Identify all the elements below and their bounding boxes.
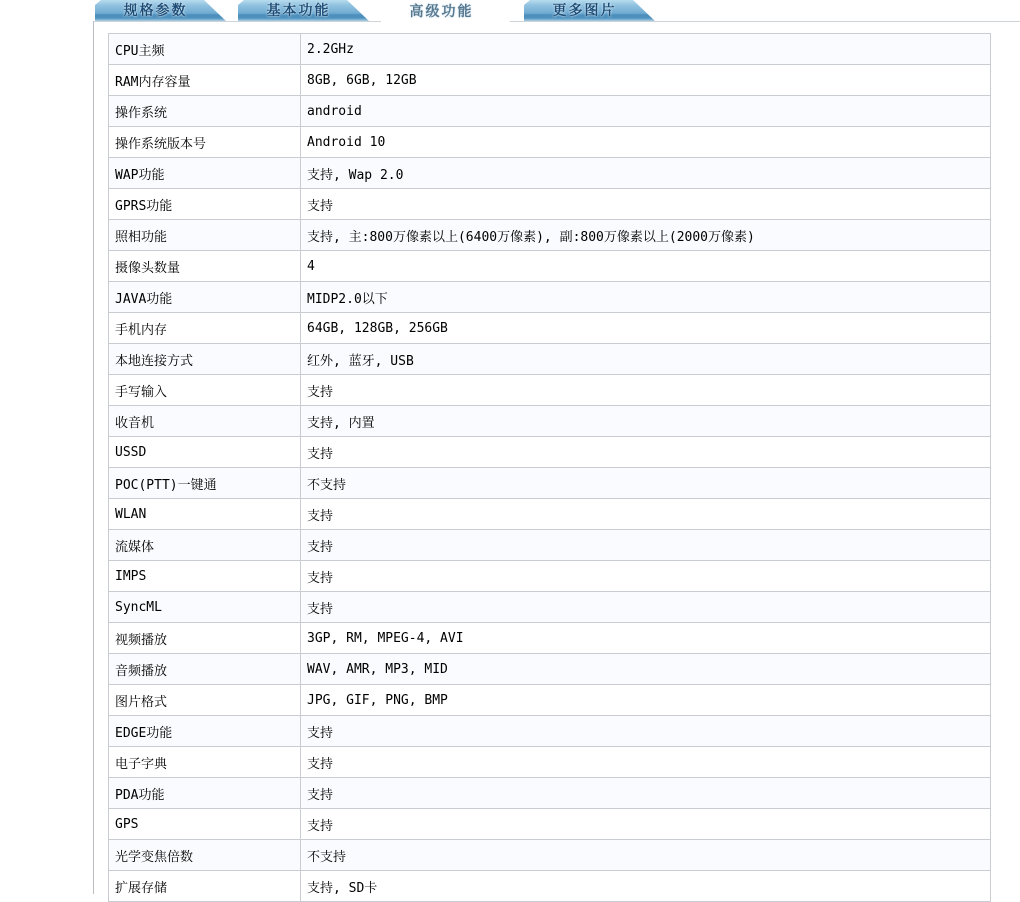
- spec-label: 视频播放: [109, 623, 301, 654]
- spec-value: 红外, 蓝牙, USB: [301, 344, 991, 375]
- spec-value: 支持: [301, 499, 991, 530]
- spec-row: 照相功能支持, 主:800万像素以上(6400万像素), 副:800万像素以上(…: [109, 220, 991, 251]
- spec-value: 支持: [301, 592, 991, 623]
- spec-value: 2.2GHz: [301, 34, 991, 65]
- spec-value: JPG, GIF, PNG, BMP: [301, 685, 991, 716]
- spec-value: Android 10: [301, 127, 991, 158]
- spec-row: USSD支持: [109, 437, 991, 468]
- spec-label: 操作系统版本号: [109, 127, 301, 158]
- spec-label: WAP功能: [109, 158, 301, 189]
- spec-label: USSD: [109, 437, 301, 468]
- spec-label: POC(PTT)一键通: [109, 468, 301, 499]
- spec-value: 支持: [301, 437, 991, 468]
- spec-value: 不支持: [301, 840, 991, 871]
- spec-row: 操作系统android: [109, 96, 991, 127]
- spec-value: 支持: [301, 809, 991, 840]
- spec-value: 64GB, 128GB, 256GB: [301, 313, 991, 344]
- spec-label: 扩展存储: [109, 871, 301, 894]
- spec-value: 支持, 内置: [301, 406, 991, 437]
- spec-label: 收音机: [109, 406, 301, 437]
- spec-row: IMPS支持: [109, 561, 991, 592]
- spec-row: 操作系统版本号Android 10: [109, 127, 991, 158]
- spec-value: WAV, AMR, MP3, MID: [301, 654, 991, 685]
- tab-advanced-functions[interactable]: 高级功能: [381, 0, 512, 24]
- content-panel: CPU主频2.2GHzRAM内存容量8GB, 6GB, 12GB操作系统andr…: [93, 21, 1020, 893]
- spec-label: EDGE功能: [109, 716, 301, 747]
- spec-row: EDGE功能支持: [109, 716, 991, 747]
- spec-value: 支持: [301, 530, 991, 561]
- spec-label: PDA功能: [109, 778, 301, 809]
- spec-row: 手写输入支持: [109, 375, 991, 406]
- spec-value: 3GP, RM, MPEG-4, AVI: [301, 623, 991, 654]
- tab-specifications[interactable]: 规格参数: [95, 0, 226, 21]
- spec-row: 音频播放WAV, AMR, MP3, MID: [109, 654, 991, 685]
- spec-row: 视频播放3GP, RM, MPEG-4, AVI: [109, 623, 991, 654]
- spec-label: 操作系统: [109, 96, 301, 127]
- spec-row: GPRS功能支持: [109, 189, 991, 220]
- spec-label: 光学变焦倍数: [109, 840, 301, 871]
- spec-row: 流媒体支持: [109, 530, 991, 561]
- tab-basic-functions[interactable]: 基本功能: [238, 0, 369, 21]
- spec-row: 电子字典支持: [109, 747, 991, 778]
- spec-row: 扩展存储支持, SD卡: [109, 871, 991, 894]
- spec-label: 电子字典: [109, 747, 301, 778]
- spec-row: JAVA功能MIDP2.0以下: [109, 282, 991, 313]
- spec-value: 支持: [301, 778, 991, 809]
- spec-label: IMPS: [109, 561, 301, 592]
- spec-row: PDA功能支持: [109, 778, 991, 809]
- spec-label: 照相功能: [109, 220, 301, 251]
- spec-label: JAVA功能: [109, 282, 301, 313]
- spec-label: 流媒体: [109, 530, 301, 561]
- spec-value: 不支持: [301, 468, 991, 499]
- spec-label: 图片格式: [109, 685, 301, 716]
- spec-value: 支持, SD卡: [301, 871, 991, 894]
- tab-strip: 规格参数基本功能高级功能更多图片: [95, 0, 655, 24]
- spec-value: 支持, 主:800万像素以上(6400万像素), 副:800万像素以上(2000…: [301, 220, 991, 251]
- spec-label: CPU主频: [109, 34, 301, 65]
- spec-row: POC(PTT)一键通不支持: [109, 468, 991, 499]
- spec-row: 光学变焦倍数不支持: [109, 840, 991, 871]
- spec-value: 8GB, 6GB, 12GB: [301, 65, 991, 96]
- spec-label: SyncML: [109, 592, 301, 623]
- spec-label: 手写输入: [109, 375, 301, 406]
- spec-value: 支持: [301, 716, 991, 747]
- spec-label: GPS: [109, 809, 301, 840]
- spec-value: MIDP2.0以下: [301, 282, 991, 313]
- spec-label: 本地连接方式: [109, 344, 301, 375]
- spec-row: CPU主频2.2GHz: [109, 34, 991, 65]
- spec-label: 摄像头数量: [109, 251, 301, 282]
- spec-row: SyncML支持: [109, 592, 991, 623]
- spec-row: RAM内存容量8GB, 6GB, 12GB: [109, 65, 991, 96]
- spec-label: GPRS功能: [109, 189, 301, 220]
- spec-row: 本地连接方式红外, 蓝牙, USB: [109, 344, 991, 375]
- spec-row: 收音机支持, 内置: [109, 406, 991, 437]
- spec-value: 支持: [301, 375, 991, 406]
- spec-label: 音频播放: [109, 654, 301, 685]
- spec-value: 支持: [301, 561, 991, 592]
- spec-row: GPS支持: [109, 809, 991, 840]
- spec-row: 图片格式JPG, GIF, PNG, BMP: [109, 685, 991, 716]
- spec-row: 摄像头数量4: [109, 251, 991, 282]
- spec-value: 支持, Wap 2.0: [301, 158, 991, 189]
- spec-table: CPU主频2.2GHzRAM内存容量8GB, 6GB, 12GB操作系统andr…: [108, 33, 991, 893]
- spec-value: 4: [301, 251, 991, 282]
- spec-row: WLAN支持: [109, 499, 991, 530]
- spec-label: WLAN: [109, 499, 301, 530]
- spec-label: 手机内存: [109, 313, 301, 344]
- spec-row: 手机内存64GB, 128GB, 256GB: [109, 313, 991, 344]
- spec-value: 支持: [301, 747, 991, 778]
- tab-more-images[interactable]: 更多图片: [524, 0, 655, 21]
- spec-value: android: [301, 96, 991, 127]
- spec-value: 支持: [301, 189, 991, 220]
- spec-row: WAP功能支持, Wap 2.0: [109, 158, 991, 189]
- spec-label: RAM内存容量: [109, 65, 301, 96]
